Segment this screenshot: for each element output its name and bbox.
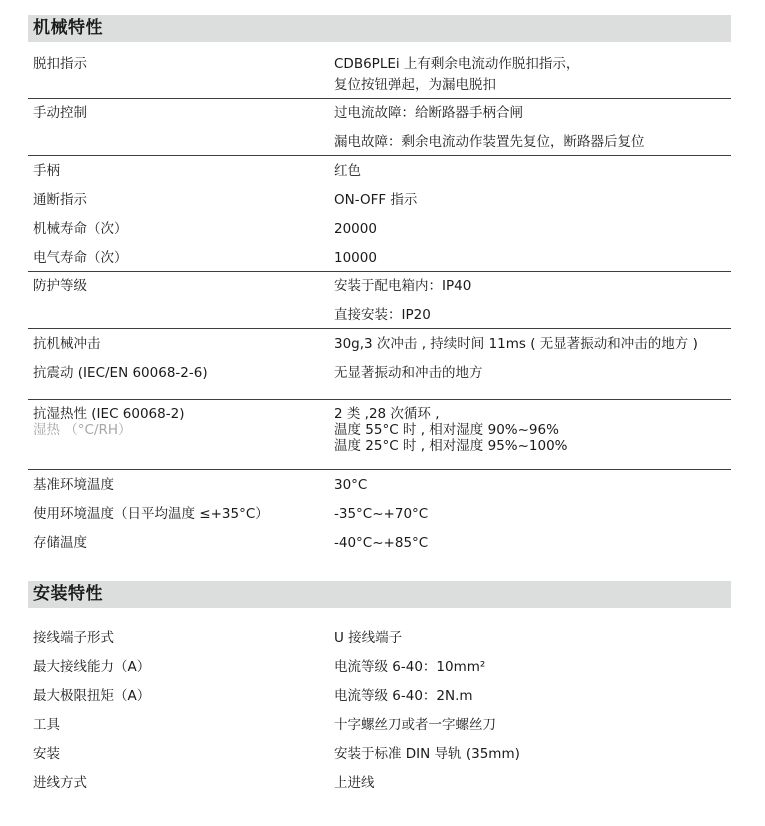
row-label: 手动控制	[28, 105, 334, 121]
row-label-text: 脱扣指示	[33, 56, 324, 72]
row-label: 手柄	[28, 163, 334, 179]
row-label-text: 基准环境温度	[33, 477, 324, 493]
row-label-text: 使用环境温度（日平均温度 ≤+35°C）	[33, 506, 324, 522]
row-value-line: 10000	[334, 250, 731, 266]
row-value: 电流等级 6-40：10mm²	[334, 659, 731, 675]
row-value-line: U 接线端子	[334, 630, 731, 646]
spec-row: 手动控制过电流故障：给断路器手柄合闸漏电故障：剩余电流动作装置先复位，断路器后复…	[28, 99, 731, 157]
spec-row: 通断指示ON-OFF 指示	[28, 185, 731, 214]
row-value: 30°C	[334, 477, 731, 493]
spec-row: 手柄红色	[28, 156, 731, 185]
row-value-line: -40°C~+85°C	[334, 535, 731, 551]
row-value-line: 30°C	[334, 477, 731, 493]
spec-row: 抗震动 (IEC/EN 60068-2-6)无显著振动和冲击的地方	[28, 358, 731, 400]
row-value-line: 十字螺丝刀或者一字螺丝刀	[334, 717, 731, 733]
spec-row: 安装安装于标准 DIN 导轨 (35mm)	[28, 739, 731, 768]
spec-section: 机械特性脱扣指示CDB6PLEi 上有剩余电流动作脱扣指示，复位按钮弹起，为漏电…	[28, 15, 731, 557]
row-label-text: 通断指示	[33, 192, 324, 208]
spec-row: 电气寿命（次）10000	[28, 243, 731, 272]
row-value-line: 无显著振动和冲击的地方	[334, 365, 731, 381]
section-title: 安装特性	[33, 581, 103, 608]
spec-section: 安装特性接线端子形式U 接线端子最大接线能力（A）电流等级 6-40：10mm²…	[28, 581, 731, 797]
spec-row: 存储温度-40°C~+85°C	[28, 528, 731, 557]
row-value: 无显著振动和冲击的地方	[334, 365, 731, 381]
row-value: 十字螺丝刀或者一字螺丝刀	[334, 717, 731, 733]
row-label-text: 工具	[33, 717, 324, 733]
spec-row: 最大极限扭矩（A）电流等级 6-40：2N.m	[28, 681, 731, 710]
row-label-text: 电气寿命（次）	[33, 250, 324, 266]
row-label-text: 机械寿命（次）	[33, 221, 324, 237]
row-label: 工具	[28, 717, 334, 733]
spec-row: 抗机械冲击30g,3 次冲击 , 持续时间 11ms ( 无显著振动和冲击的地方…	[28, 329, 731, 358]
row-label: 使用环境温度（日平均温度 ≤+35°C）	[28, 506, 334, 522]
row-value-line: 30g,3 次冲击 , 持续时间 11ms ( 无显著振动和冲击的地方 )	[334, 336, 731, 352]
row-label: 抗震动 (IEC/EN 60068-2-6)	[28, 365, 334, 381]
row-label: 最大极限扭矩（A）	[28, 688, 334, 704]
row-value: 过电流故障：给断路器手柄合闸漏电故障：剩余电流动作装置先复位，断路器后复位	[334, 105, 731, 150]
spec-row: 最大接线能力（A）电流等级 6-40：10mm²	[28, 652, 731, 681]
row-value-line: CDB6PLEi 上有剩余电流动作脱扣指示，	[334, 56, 731, 72]
row-label: 防护等级	[28, 278, 334, 294]
spec-row: 进线方式上进线	[28, 768, 731, 797]
row-label-text: 抗机械冲击	[33, 336, 324, 352]
row-value-line: 安装于标准 DIN 导轨 (35mm)	[334, 746, 731, 762]
row-value-line: 上进线	[334, 775, 731, 791]
spec-row: 机械寿命（次）20000	[28, 214, 731, 243]
row-value: -40°C~+85°C	[334, 535, 731, 551]
row-label: 抗机械冲击	[28, 336, 334, 352]
row-value: ON-OFF 指示	[334, 192, 731, 208]
row-value-line: 过电流故障：给断路器手柄合闸	[334, 105, 731, 121]
row-label: 存储温度	[28, 535, 334, 551]
row-label-text: 最大极限扭矩（A）	[33, 688, 324, 704]
row-value: -35°C~+70°C	[334, 506, 731, 522]
row-value-line: 电流等级 6-40：10mm²	[334, 659, 731, 675]
section-rows: 接线端子形式U 接线端子最大接线能力（A）电流等级 6-40：10mm²最大极限…	[28, 608, 731, 797]
row-label-text: 防护等级	[33, 278, 324, 294]
row-label: 基准环境温度	[28, 477, 334, 493]
row-value-line: 直接安装：IP20	[334, 307, 731, 323]
row-value: CDB6PLEi 上有剩余电流动作脱扣指示，复位按钮弹起，为漏电脱扣	[334, 56, 731, 93]
row-label: 机械寿命（次）	[28, 221, 334, 237]
row-value: 10000	[334, 250, 731, 266]
row-value: 30g,3 次冲击 , 持续时间 11ms ( 无显著振动和冲击的地方 )	[334, 336, 731, 352]
section-header-bar: 机械特性	[28, 15, 731, 42]
row-value: 安装于配电箱内：IP40直接安装：IP20	[334, 278, 731, 323]
spec-row: 防护等级安装于配电箱内：IP40直接安装：IP20	[28, 272, 731, 330]
row-value: 2 类 ,28 次循环 ,温度 55°C 时 , 相对湿度 90%~96%温度 …	[334, 406, 731, 454]
spec-sections-container: 机械特性脱扣指示CDB6PLEi 上有剩余电流动作脱扣指示，复位按钮弹起，为漏电…	[28, 15, 731, 797]
row-value: 电流等级 6-40：2N.m	[334, 688, 731, 704]
row-label: 进线方式	[28, 775, 334, 791]
spec-row: 工具十字螺丝刀或者一字螺丝刀	[28, 710, 731, 739]
row-label-text: 手柄	[33, 163, 324, 179]
spec-row: 抗湿热性 (IEC 60068-2)湿热 （°C/RH）2 类 ,28 次循环 …	[28, 400, 731, 471]
row-value: U 接线端子	[334, 630, 731, 646]
row-value-line: 电流等级 6-40：2N.m	[334, 688, 731, 704]
row-label-subtext: 湿热 （°C/RH）	[33, 422, 324, 438]
spec-row: 使用环境温度（日平均温度 ≤+35°C）-35°C~+70°C	[28, 499, 731, 528]
row-value-line: 温度 25°C 时 , 相对湿度 95%~100%	[334, 438, 731, 454]
row-label: 脱扣指示	[28, 56, 334, 72]
row-value: 上进线	[334, 775, 731, 791]
spec-sheet-page: 机械特性脱扣指示CDB6PLEi 上有剩余电流动作脱扣指示，复位按钮弹起，为漏电…	[0, 0, 765, 826]
section-header-bar: 安装特性	[28, 581, 731, 608]
row-value-line: 红色	[334, 163, 731, 179]
row-label: 电气寿命（次）	[28, 250, 334, 266]
row-value-line: 2 类 ,28 次循环 ,	[334, 406, 731, 422]
row-label-text: 接线端子形式	[33, 630, 324, 646]
row-label: 抗湿热性 (IEC 60068-2)湿热 （°C/RH）	[28, 406, 334, 438]
row-label-text: 最大接线能力（A）	[33, 659, 324, 675]
row-label: 最大接线能力（A）	[28, 659, 334, 675]
section-title: 机械特性	[33, 15, 103, 42]
row-value-line: ON-OFF 指示	[334, 192, 731, 208]
row-value: 红色	[334, 163, 731, 179]
row-label-text: 抗震动 (IEC/EN 60068-2-6)	[33, 365, 324, 381]
row-value-line: 复位按钮弹起，为漏电脱扣	[334, 77, 731, 93]
row-value: 安装于标准 DIN 导轨 (35mm)	[334, 746, 731, 762]
row-label-text: 进线方式	[33, 775, 324, 791]
row-value-line: 安装于配电箱内：IP40	[334, 278, 731, 294]
row-value-line: -35°C~+70°C	[334, 506, 731, 522]
section-rows: 脱扣指示CDB6PLEi 上有剩余电流动作脱扣指示，复位按钮弹起，为漏电脱扣手动…	[28, 42, 731, 557]
row-label: 接线端子形式	[28, 630, 334, 646]
row-label-text: 安装	[33, 746, 324, 762]
spec-row: 接线端子形式U 接线端子	[28, 623, 731, 652]
row-value-line: 漏电故障：剩余电流动作装置先复位，断路器后复位	[334, 134, 731, 150]
row-value-line: 温度 55°C 时 , 相对湿度 90%~96%	[334, 422, 731, 438]
row-label: 通断指示	[28, 192, 334, 208]
row-value: 20000	[334, 221, 731, 237]
row-label: 安装	[28, 746, 334, 762]
row-label-text: 手动控制	[33, 105, 324, 121]
spec-row: 脱扣指示CDB6PLEi 上有剩余电流动作脱扣指示，复位按钮弹起，为漏电脱扣	[28, 49, 731, 99]
spec-row: 基准环境温度30°C	[28, 470, 731, 499]
row-label-text: 存储温度	[33, 535, 324, 551]
row-value-line: 20000	[334, 221, 731, 237]
row-label-text: 抗湿热性 (IEC 60068-2)	[33, 406, 324, 422]
